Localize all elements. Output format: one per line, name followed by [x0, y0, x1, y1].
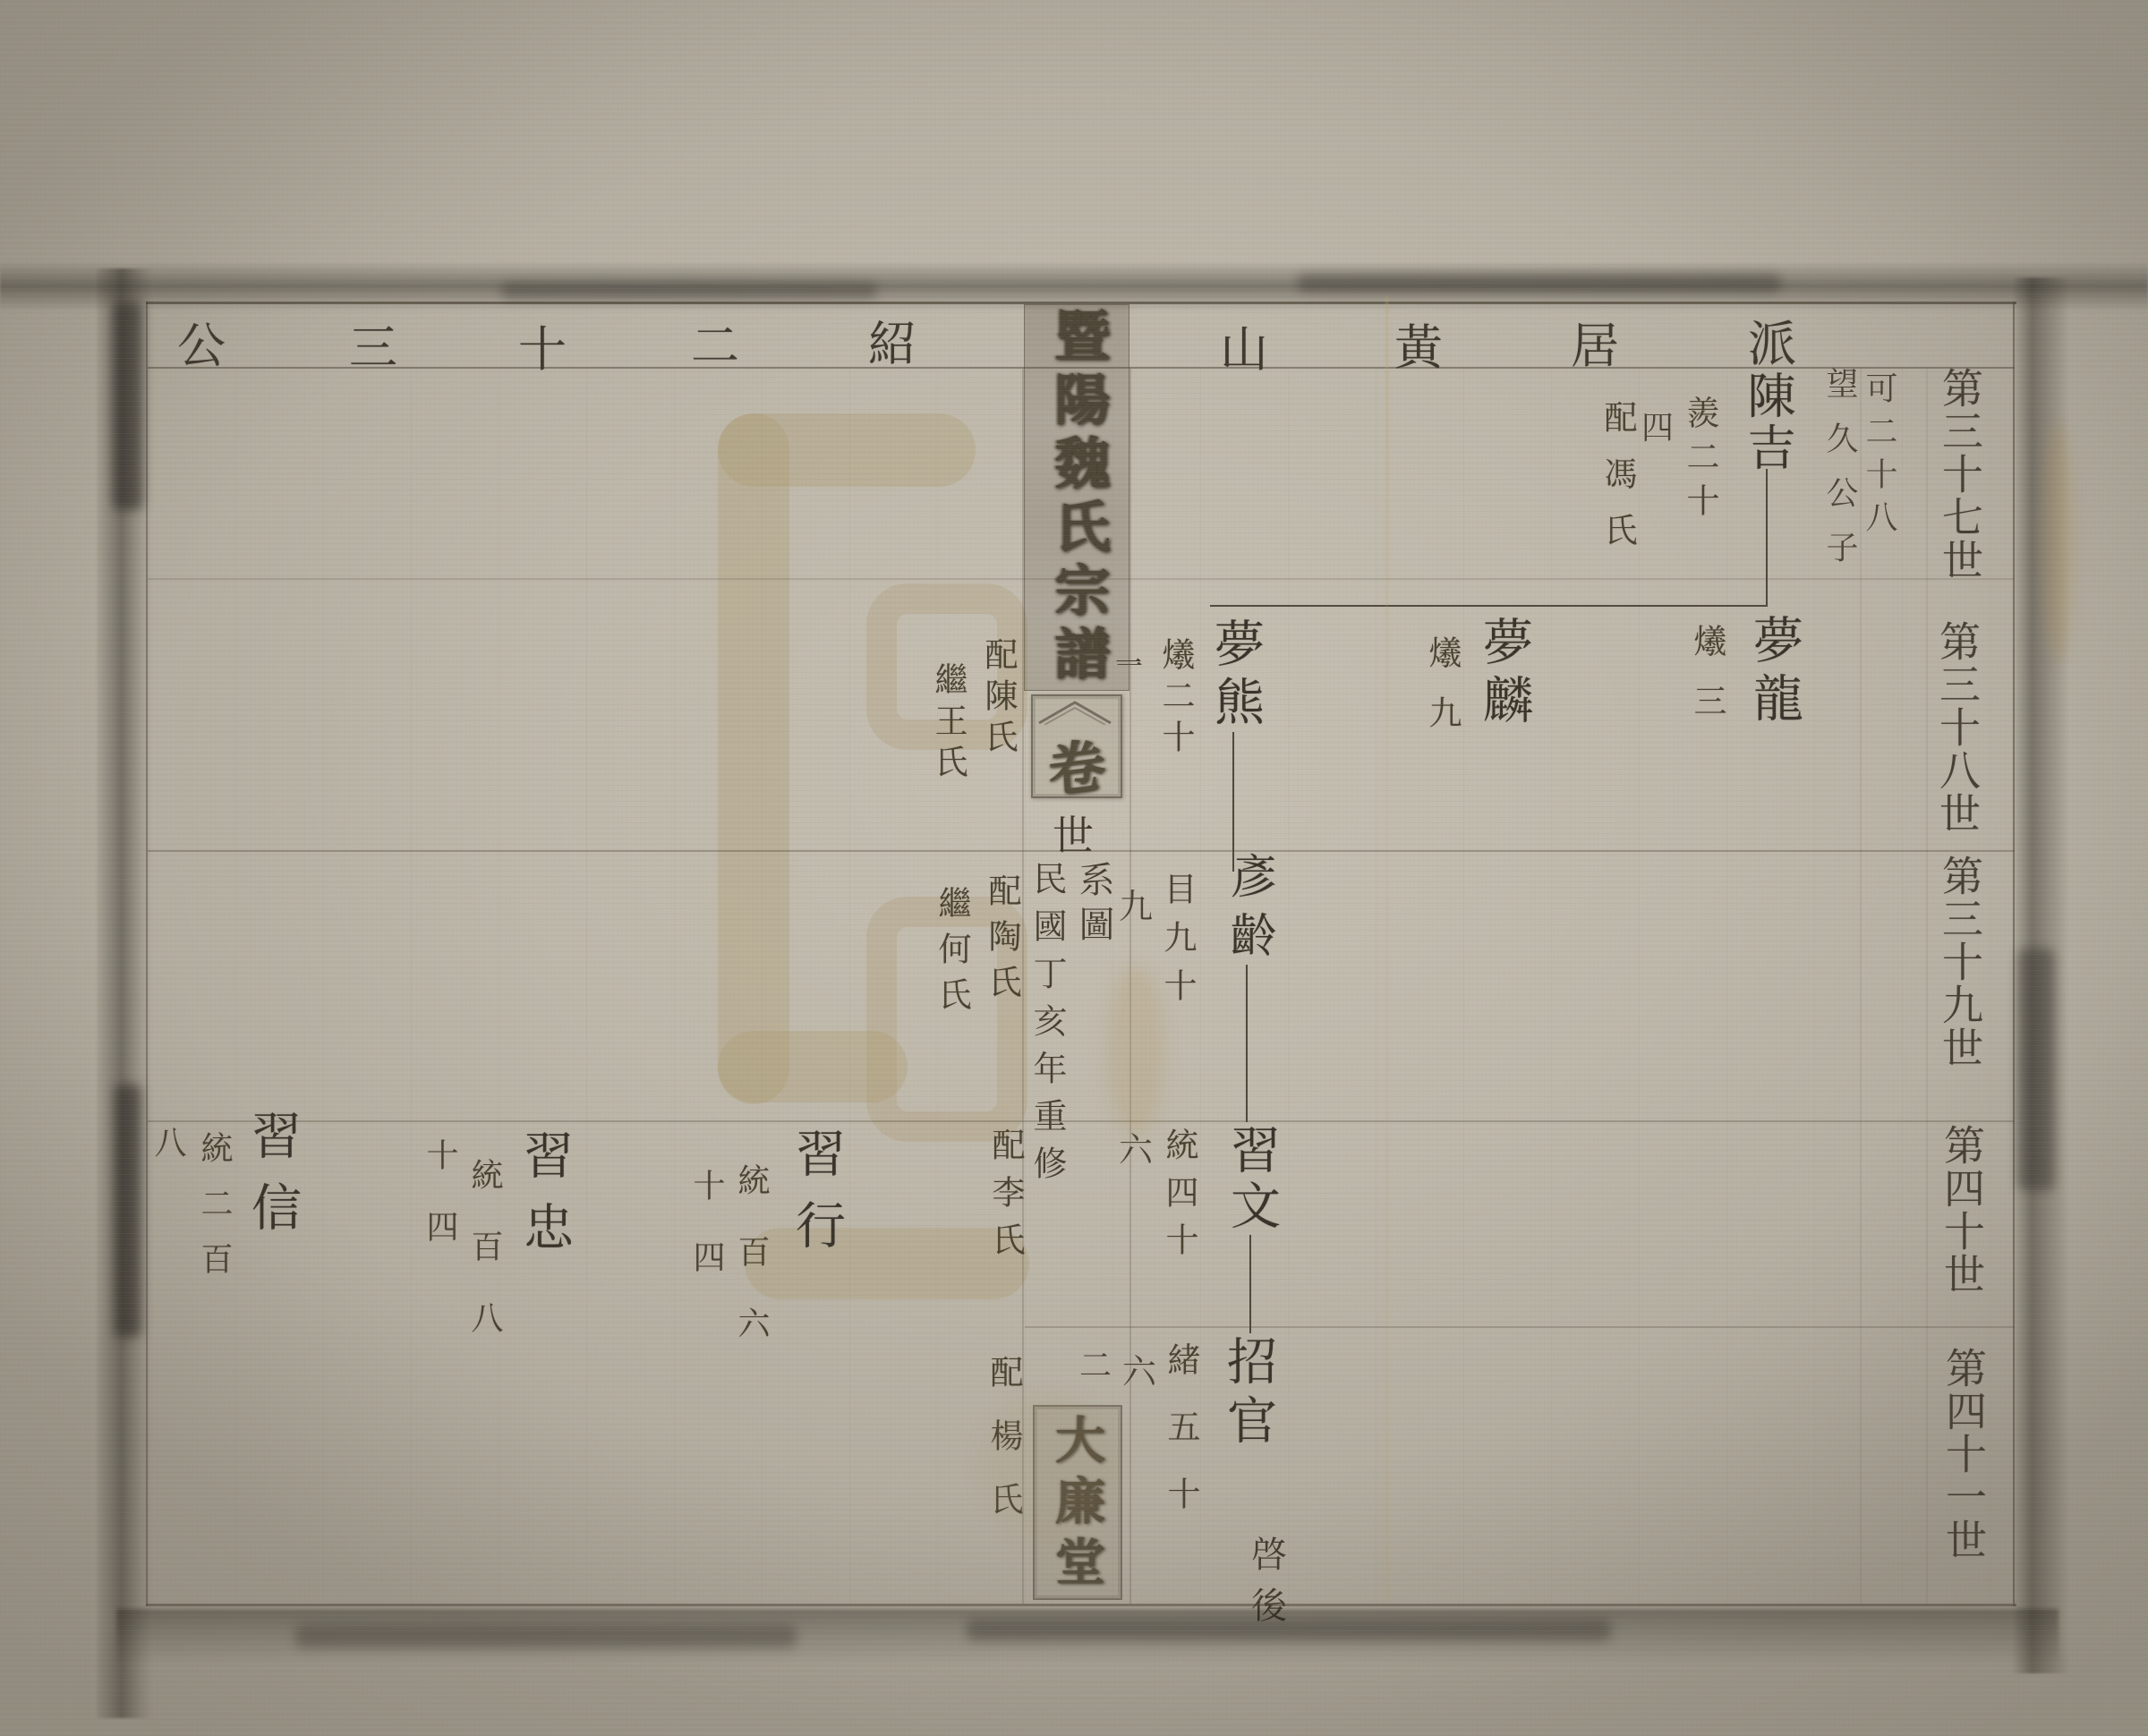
generation-label-40: 第四十世	[1940, 1124, 1982, 1296]
descent-line	[1249, 1235, 1251, 1333]
person-seq: 四	[1641, 403, 1674, 448]
fold-edition-note: 民國丁亥年重修	[1029, 861, 1063, 1193]
person-name: 夢麟	[1479, 616, 1529, 732]
person-spouse: 配馮氏	[1600, 400, 1633, 569]
paper-stain	[981, 1392, 1115, 1545]
spine-title-stamp: 暨陽魏氏宗譜	[1024, 304, 1129, 691]
person-rank: 統百六	[736, 1163, 768, 1378]
watermark-stroke	[718, 413, 976, 487]
paper-stain	[1106, 965, 1165, 1136]
header-char: 三	[349, 310, 397, 379]
row-rule-39-40	[148, 1120, 2015, 1122]
person-name: 習文	[1226, 1124, 1276, 1235]
column-guide	[1860, 369, 1862, 1604]
watermark-stroke	[718, 413, 789, 1104]
bottom-ink-fringe	[967, 1620, 1611, 1641]
ancestor-ref-father: 望久公子	[1824, 367, 1856, 585]
header-char: 紹	[868, 306, 916, 375]
person-name: 習行	[791, 1128, 841, 1271]
person-rank: 爔三	[1690, 624, 1723, 744]
generation-label-39: 第三十九世	[1939, 855, 1980, 1069]
person-rank: 統百八	[469, 1158, 501, 1373]
volume-glyph: 卷	[1031, 718, 1122, 811]
fold-page-number: 二	[1079, 1340, 1112, 1386]
edge-ink-blob	[2017, 949, 2055, 1190]
person-rank-overflow: 一	[1116, 644, 1143, 684]
sibling-bar	[1210, 605, 1768, 607]
person-rank-second-col: 十四	[691, 1169, 723, 1312]
header-char: 十	[518, 311, 567, 380]
ancestor-ref-rank: 可二十八	[1863, 371, 1896, 543]
header-char: 居	[1571, 308, 1619, 377]
person-rank: 統二百	[199, 1131, 231, 1298]
fold-section-label: 系圖	[1076, 861, 1112, 950]
gutter-ink-blob	[115, 1085, 141, 1337]
header-char: 派	[1748, 306, 1796, 375]
person-rank-overflow: 九	[1119, 879, 1153, 928]
person-name: 陳吉	[1743, 370, 1792, 474]
header-char: 山	[1220, 311, 1268, 380]
watermark-stroke	[718, 1031, 908, 1102]
person-rank-second-col: 十四	[424, 1138, 456, 1281]
descent-line	[1246, 965, 1248, 1122]
person-rank: 爔二十	[1158, 637, 1191, 761]
header-char: 公	[177, 308, 226, 377]
person-name: 彥齡	[1224, 852, 1271, 970]
person-spouse-second: 繼王氏	[931, 662, 964, 786]
person-rank: 目九十	[1160, 872, 1193, 1017]
gutter-ink-blob	[113, 302, 143, 510]
header-char: 二	[691, 308, 739, 377]
person-rank: 緒五十	[1163, 1342, 1197, 1544]
person-spouse-second: 繼何氏	[934, 886, 967, 1023]
header-char: 黃	[1394, 310, 1443, 379]
person-spouse: 配李氏	[988, 1128, 1021, 1270]
row-rule-40-41	[1025, 1326, 2015, 1328]
person-rank: 爔九	[1425, 635, 1458, 755]
person-spouse: 配陳氏	[981, 637, 1014, 761]
generation-label-41: 第四十一世	[1942, 1347, 1983, 1562]
paper-crease	[1385, 295, 1388, 1602]
bottom-ink-fringe	[295, 1625, 797, 1648]
person-rank-second-col: 八	[152, 1126, 184, 1167]
generation-label-37: 第三十七世	[1939, 367, 1980, 582]
person-rank-overflow: 六	[1122, 1344, 1156, 1393]
book-title: 暨陽魏氏宗譜	[1049, 307, 1104, 688]
top-ink-fringe	[501, 283, 877, 299]
column-guide	[1926, 369, 1928, 1604]
generation-label-38: 第三十八世	[1936, 620, 1977, 835]
person-name: 習信	[247, 1110, 297, 1253]
person-spouse: 配陶氏	[984, 873, 1018, 1010]
scan-edge-top	[0, 261, 2148, 311]
genealogy-scan-page: 公 三 十 二 紹 山 黃 居 派 第三十七世 第三十八世 第三十九世 第四十世…	[0, 0, 2148, 1736]
descent-line	[1766, 469, 1768, 607]
top-ink-fringe	[1298, 274, 1781, 292]
person-name: 招官	[1223, 1335, 1273, 1453]
person-rank: 統四十	[1162, 1128, 1195, 1270]
fold-section-top-char: 世	[1053, 804, 1094, 863]
descent-line	[1232, 732, 1234, 872]
person-rank: 羨二十	[1683, 396, 1716, 527]
volume-cartouche: 卷	[1031, 694, 1122, 798]
person-name: 習忠	[519, 1129, 569, 1272]
person-name: 夢龍	[1749, 614, 1799, 730]
person-name: 夢熊	[1210, 617, 1260, 734]
paper-stain	[2042, 421, 2075, 662]
frame-bottom-line	[146, 1604, 2016, 1606]
